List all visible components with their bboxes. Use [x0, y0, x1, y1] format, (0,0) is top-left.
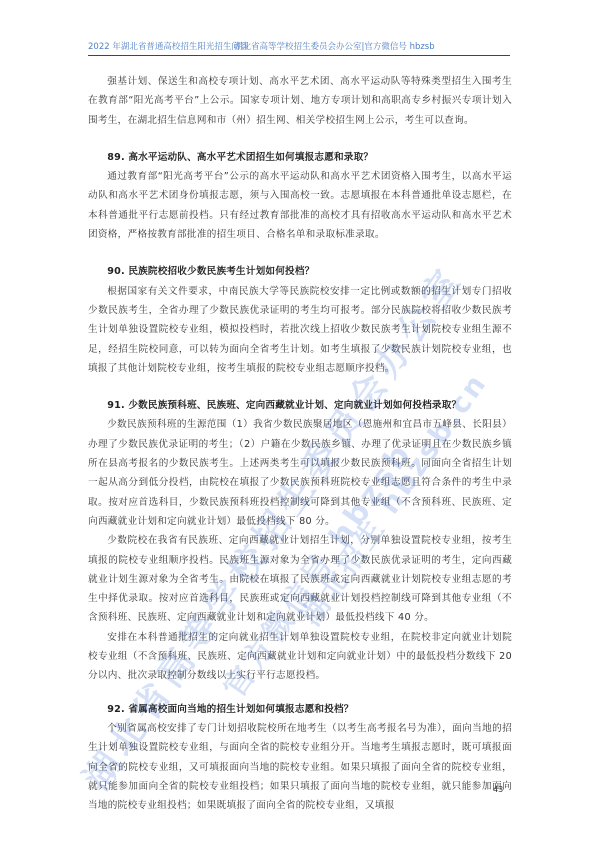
question-91-heading: 91. 少数民族预科班、民族班、定向西藏就业计划、定向就业计划如何投档录取？: [88, 396, 512, 415]
paragraph: 个别省属高校安排了专门计划招收院校所在地考生（以考生高考报名号为准），面向当地的…: [88, 719, 512, 815]
question-90-heading: 90. 民族院校招收少数民族考生计划如何投档？: [88, 262, 512, 281]
header-title: 2022 年湖北省普通高校招生阳光招生问答: [88, 41, 248, 53]
question-92-heading: 92. 省属高校面向当地的招生计划如何填报志愿和投档？: [88, 700, 512, 719]
page-number: 43: [493, 785, 503, 794]
paragraph: 根据国家有关文件要求，中南民族大学等民族院校安排一定比例或数额的招生计划专门招收…: [88, 282, 512, 378]
question-89-heading: 89. 高水平运动队、高水平艺术团招生如何填报志愿和录取？: [88, 148, 512, 167]
page-header: 2022 年湖北省普通高校招生阳光招生问答 湖北省高等学校招生委员会办公室|官方…: [88, 41, 510, 56]
paragraph: 安排在本科普通批招生的定向就业招生计划单独设置院校专业组，在院校非定向就业计划院…: [88, 628, 512, 686]
header-publisher: 湖北省高等学校招生委员会办公室|官方微信号 hbzsb: [234, 41, 435, 53]
document-page: 2022 年湖北省普通高校招生阳光招生问答 湖北省高等学校招生委员会办公室|官方…: [0, 0, 595, 841]
paragraph: 少数院校在我省有民族班、定向西藏就业计划招生计划，分别单独设置院校专业组，按考生…: [88, 531, 512, 627]
page-content: 强基计划、保送生和高校专项计划、高水平艺术团、高水平运动队等特殊类型招生入围考生…: [88, 72, 512, 815]
paragraph: 强基计划、保送生和高校专项计划、高水平艺术团、高水平运动队等特殊类型招生入围考生…: [88, 72, 512, 130]
paragraph: 少数民族预科班的生源范围（1）我省少数民族聚居地区（恩施州和宜昌市五峰县、长阳县…: [88, 415, 512, 531]
paragraph: 通过教育部“阳光高考平台”公示的高水平运动队和高水平艺术团资格入围考生，以高水平…: [88, 167, 512, 244]
